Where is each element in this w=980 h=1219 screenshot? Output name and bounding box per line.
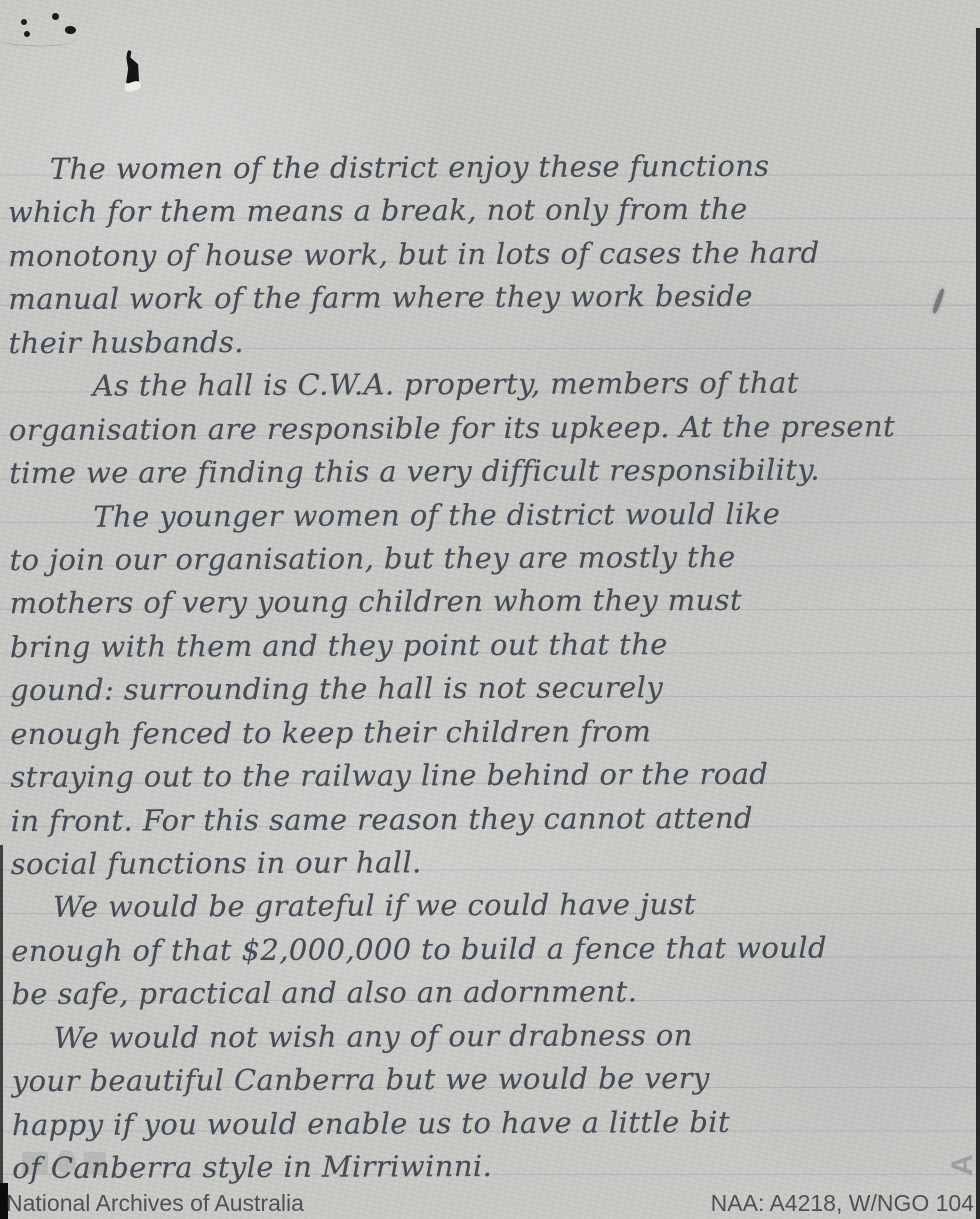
handwritten-line: mothers of very young children whom they… (10, 578, 972, 626)
letter-body: The women of the district enjoy these fu… (8, 144, 975, 1191)
handwritten-line: organisation are responsible for its upk… (9, 405, 971, 453)
handwritten-line: monotony of house work, but in lots of c… (8, 231, 970, 279)
handwritten-line: which for them means a break, not only f… (8, 187, 970, 235)
handwritten-line: bring with them and they point out that … (10, 622, 972, 670)
ink-blot (121, 50, 139, 84)
handwritten-line: their husbands. (8, 318, 970, 366)
archive-caption-right: NAA: A4218, W/NGO 104 (711, 1190, 974, 1217)
archive-caption-left: National Archives of Australia (6, 1190, 304, 1217)
handwritten-line: your beautiful Canberra but we would be … (12, 1056, 974, 1104)
scan-edge-left (0, 845, 3, 1219)
handwritten-line: The women of the district enjoy these fu… (8, 144, 970, 192)
scan-edge-right (976, 28, 980, 1219)
handwritten-line: of Canberra style in Mirriwinni. (12, 1143, 974, 1191)
ink-spot (65, 26, 76, 34)
archive-caption-bar: National Archives of Australia NAA: A421… (0, 1189, 980, 1217)
handwritten-line: enough fenced to keep their children fro… (10, 709, 972, 757)
handwritten-line: to join our organisation, but they are m… (9, 535, 971, 583)
handwritten-line: time we are finding this a very difficul… (9, 448, 971, 496)
ink-spot (21, 19, 27, 25)
handwritten-line: in front. For this same reason they cann… (11, 795, 973, 843)
handwritten-line: happy if you would enable us to have a l… (12, 1100, 974, 1148)
handwritten-line: We would be grateful if we could have ju… (11, 882, 973, 930)
handwritten-line: social functions in our hall. (11, 839, 973, 887)
handwritten-line: The younger women of the district would … (9, 491, 971, 539)
handwritten-line: enough of that $2,000,000 to build a fen… (11, 926, 973, 974)
handwritten-line: straying out to the railway line behind … (10, 752, 972, 800)
handwritten-line: We would not wish any of our drabness on (12, 1013, 974, 1061)
handwritten-line: As the hall is C.W.A. property, members … (9, 361, 971, 409)
handwritten-line: gound: surrounding the hall is not secur… (10, 665, 972, 713)
handwritten-line: be safe, practical and also an adornment… (11, 969, 973, 1017)
scanned-letter-page: A The women of the district enjoy these … (0, 0, 980, 1219)
ink-spot (52, 13, 59, 20)
handwritten-line: manual work of the farm where they work … (8, 274, 970, 322)
ink-spot (24, 31, 30, 37)
